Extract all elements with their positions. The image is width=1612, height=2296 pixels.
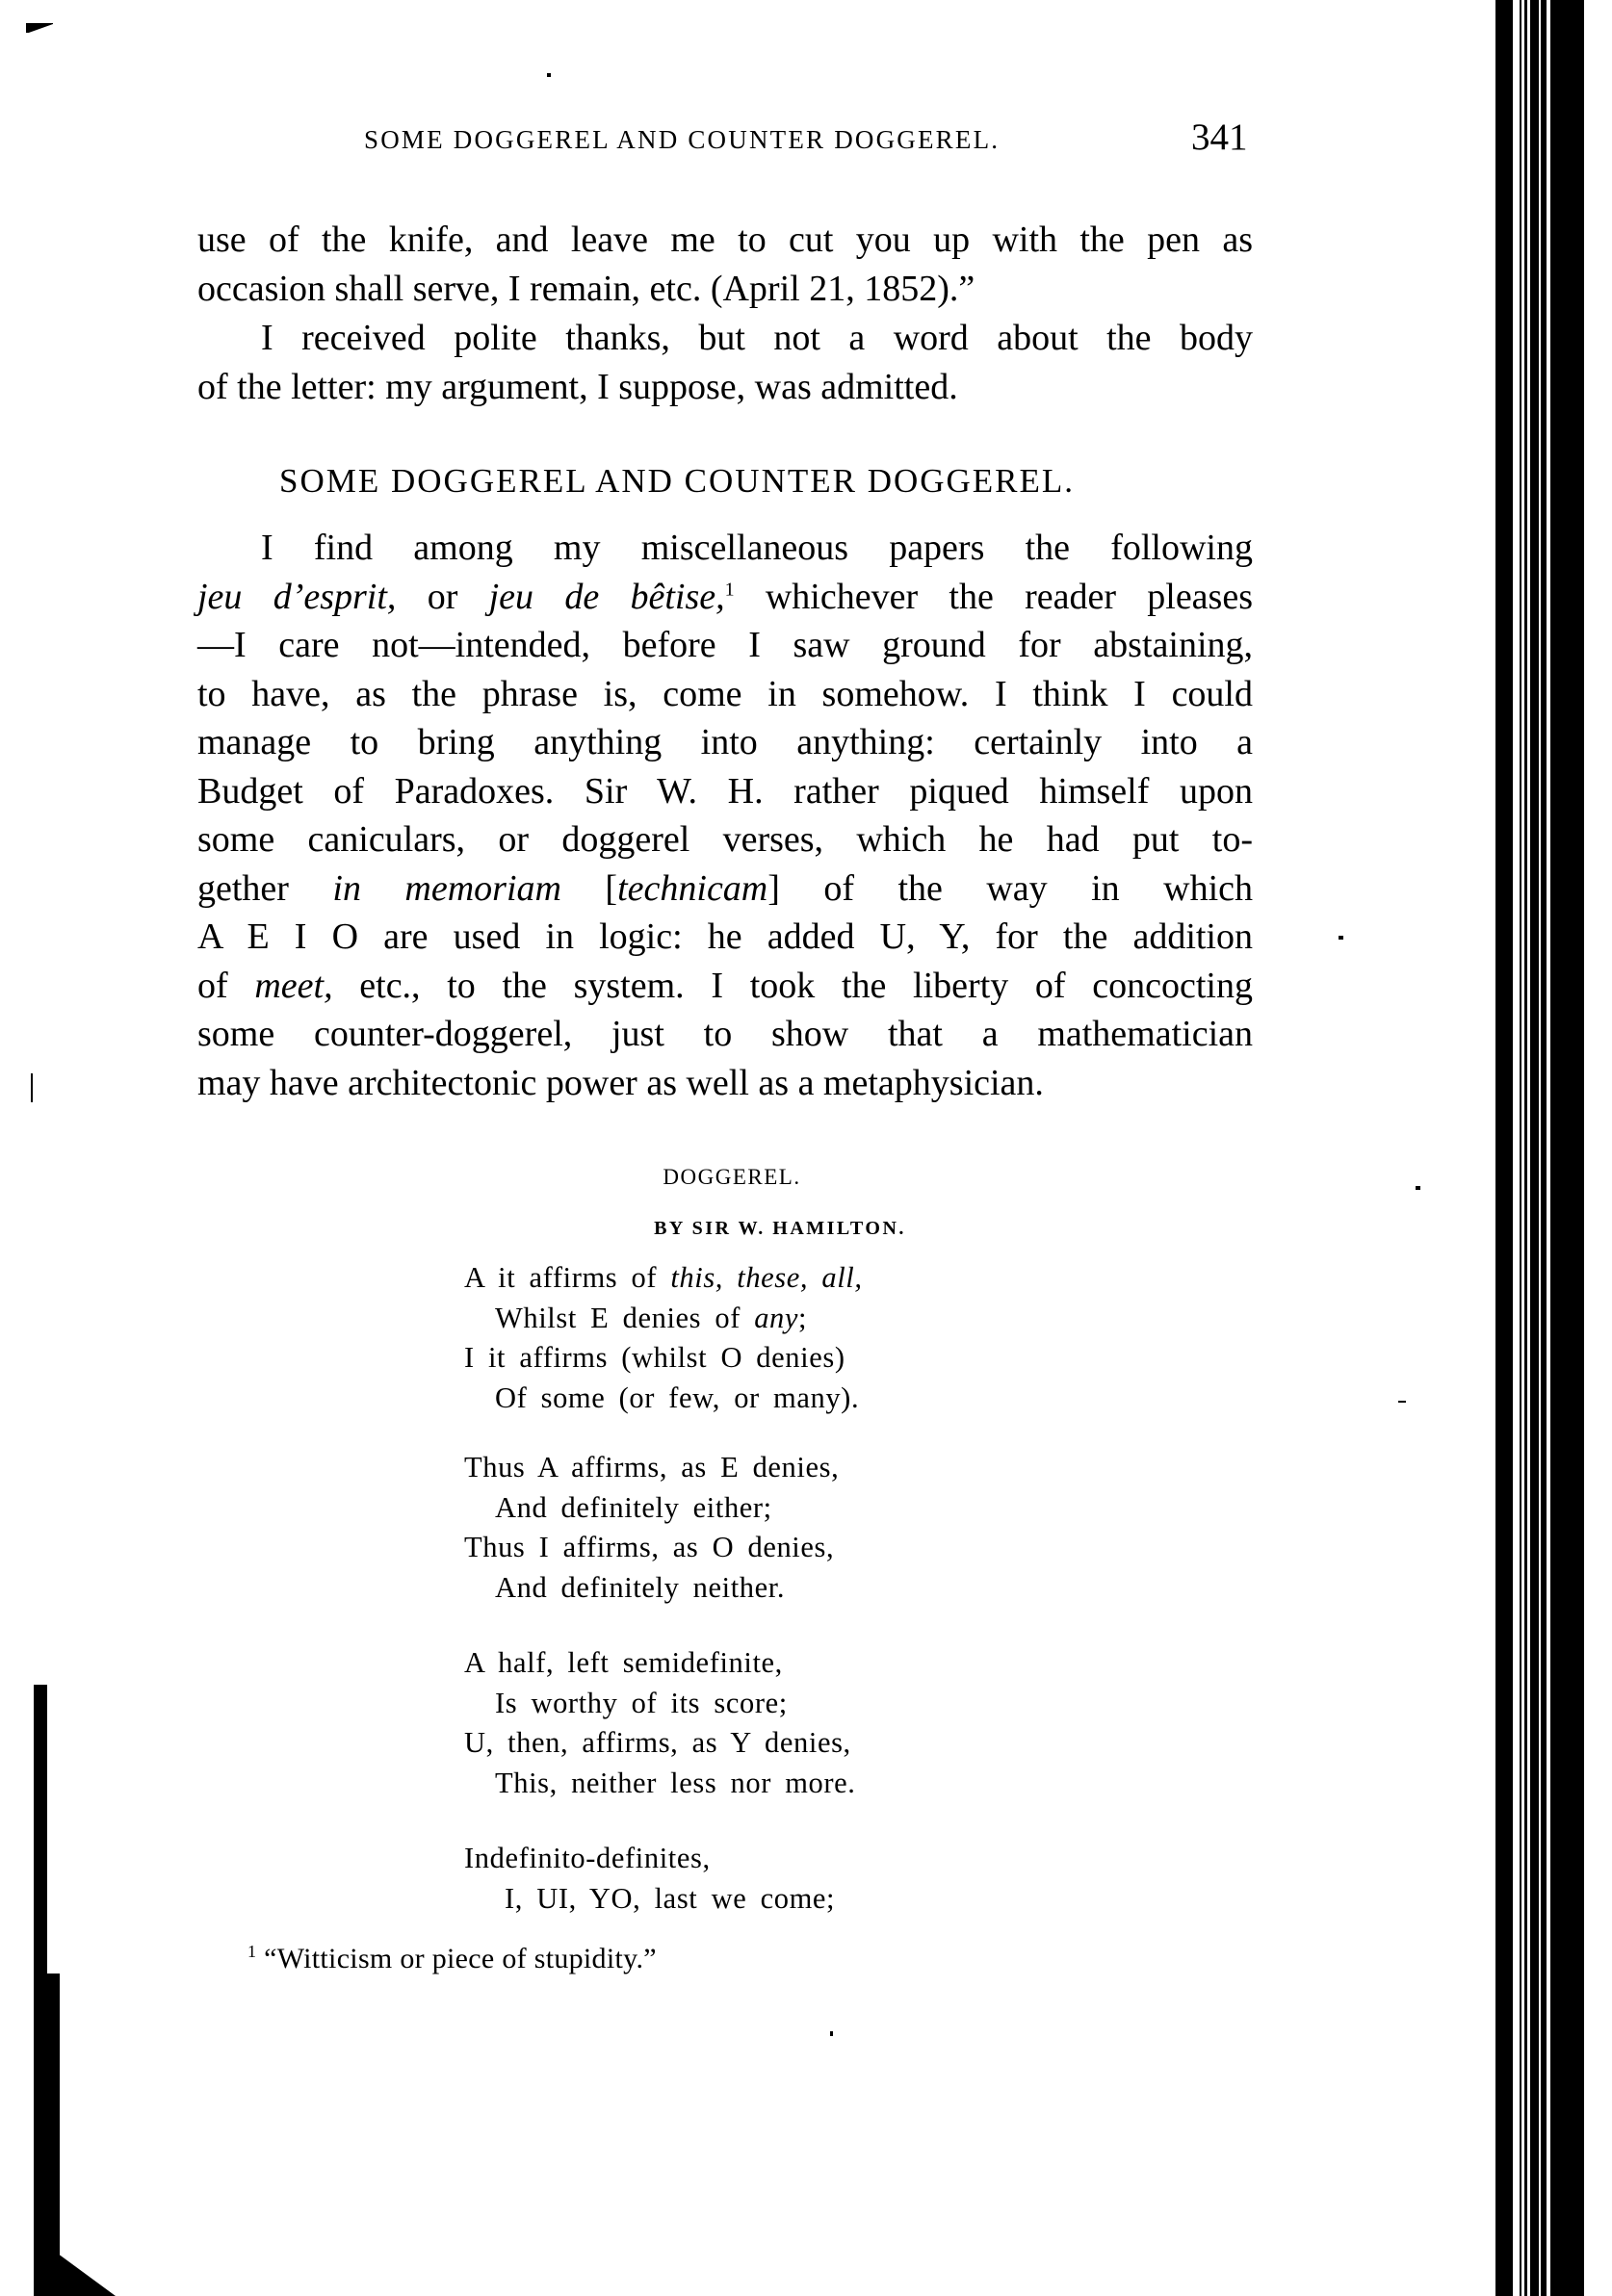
- verse-line: Whilst E denies of any;: [464, 1299, 863, 1339]
- text-run: A it affirms of: [464, 1261, 670, 1294]
- scan-speck: [830, 2031, 833, 2036]
- text-line: jeu d’esprit, or jeu de bêtise,1 whichev…: [197, 573, 1253, 622]
- scan-edge-mark: [31, 1073, 33, 1102]
- section-paragraph: I find among my miscellaneous papers the…: [197, 524, 1253, 1107]
- text-line: —I care not—intended, before I saw groun…: [197, 621, 1253, 670]
- text-line: I received polite thanks, but not a word…: [197, 314, 1253, 363]
- italic-phrase: jeu de bêtise,: [489, 577, 725, 617]
- verse-line: A half, left semidefinite,: [464, 1643, 856, 1684]
- text-run: ;: [798, 1302, 807, 1334]
- text-run: [: [561, 868, 617, 909]
- verse-line: Is worthy of its score;: [464, 1684, 856, 1724]
- scan-page-edge-shadow: [34, 2248, 116, 2296]
- verse-line: I, UI, YO, last we come;: [464, 1879, 835, 1920]
- scan-speck: [1398, 1401, 1406, 1403]
- verse-line: I it affirms (whilst O denies): [464, 1338, 863, 1379]
- footnote-reference[interactable]: 1: [725, 579, 735, 600]
- text-run: etc., to the system. I took the liberty …: [333, 966, 1253, 1006]
- scan-speck: [1339, 936, 1343, 940]
- section-heading: SOME DOGGEREL AND COUNTER DOGGEREL.: [279, 462, 1075, 501]
- text-line: of meet, etc., to the system. I took the…: [197, 962, 1253, 1011]
- italic-phrase: this, these, all,: [670, 1261, 862, 1294]
- verse-line: And definitely neither.: [464, 1568, 839, 1609]
- book-binding-gutter: [1495, 0, 1584, 2296]
- italic-phrase: in memoriam: [332, 868, 561, 909]
- text-run: gether: [197, 868, 332, 909]
- poem-stanza-1: A it affirms of this, these, all, Whilst…: [464, 1258, 863, 1418]
- verse-line: This, neither less nor more.: [464, 1764, 856, 1804]
- italic-phrase: any: [754, 1302, 798, 1334]
- text-line: use of the knife, and leave me to cut yo…: [197, 216, 1253, 265]
- footnote: 1 “Witticism or piece of stupidity.”: [247, 1943, 657, 1975]
- text-line: Budget of Paradoxes. Sir W. H. rather pi…: [197, 767, 1253, 816]
- text-run: of: [197, 966, 254, 1006]
- running-head-title: SOME DOGGEREL AND COUNTER DOGGEREL.: [364, 125, 1000, 155]
- text-line: of the letter: my argument, I suppose, w…: [197, 363, 1253, 412]
- text-line: some caniculars, or doggerel verses, whi…: [197, 815, 1253, 864]
- poem-stanza-4: Indefinito-definites, I, UI, YO, last we…: [464, 1839, 835, 1919]
- italic-phrase: technicam: [617, 868, 767, 909]
- italic-phrase: meet,: [254, 966, 332, 1006]
- poem-title: DOGGEREL.: [0, 1165, 1464, 1190]
- verse-line: Thus I affirms, as O denies,: [464, 1528, 839, 1568]
- text-line: to have, as the phrase is, come in someh…: [197, 670, 1253, 719]
- text-line: may have architectonic power as well as …: [197, 1059, 1253, 1108]
- text-run: or: [396, 577, 488, 617]
- scan-speck: [547, 73, 551, 77]
- verse-line: And definitely either;: [464, 1488, 839, 1529]
- poem-stanza-3: A half, left semidefinite, Is worthy of …: [464, 1643, 856, 1803]
- verse-line: Of some (or few, or many).: [464, 1379, 863, 1419]
- verse-line: A it affirms of this, these, all,: [464, 1258, 863, 1299]
- received-paragraph: I received polite thanks, but not a word…: [197, 314, 1253, 411]
- poem-byline: BY SIR W. HAMILTON.: [0, 1218, 1560, 1240]
- scan-edge-mark: [26, 23, 53, 33]
- text-line: manage to bring anything into anything: …: [197, 718, 1253, 767]
- verse-line: Indefinito-definites,: [464, 1839, 835, 1879]
- text-line: A E I O are used in logic: he added U, Y…: [197, 913, 1253, 962]
- running-head: SOME DOGGEREL AND COUNTER DOGGEREL. 341: [0, 123, 1612, 171]
- text-line: occasion shall serve, I remain, etc. (Ap…: [197, 265, 1253, 314]
- text-line: some counter-doggerel, just to show that…: [197, 1010, 1253, 1059]
- continued-paragraph: use of the knife, and leave me to cut yo…: [197, 216, 1253, 313]
- verse-line: U, then, affirms, as Y denies,: [464, 1723, 856, 1764]
- text-line: gether in memoriam [technicam] of the wa…: [197, 864, 1253, 914]
- text-line: I find among my miscellaneous papers the…: [197, 524, 1253, 573]
- italic-phrase: jeu d’esprit,: [197, 577, 396, 617]
- text-run: ] of the way in which: [767, 868, 1253, 909]
- text-run: Whilst E denies of: [495, 1302, 754, 1334]
- scan-page-edge-shadow: [34, 1974, 60, 2296]
- poem-stanza-2: Thus A affirms, as E denies, And definit…: [464, 1448, 839, 1608]
- text-run: whichever the reader pleases: [735, 577, 1253, 617]
- verse-line: Thus A affirms, as E denies,: [464, 1448, 839, 1488]
- page-number: 341: [1191, 116, 1248, 159]
- footnote-text: “Witticism or piece of stupidity.”: [264, 1943, 657, 1974]
- footnote-marker: 1: [247, 1942, 256, 1961]
